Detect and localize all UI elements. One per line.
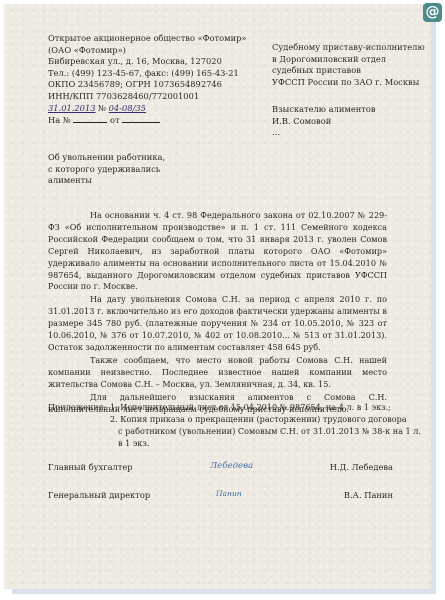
attachment-item-continued: в 1 экз.	[110, 438, 370, 450]
sender-line: (ОАО «Фотомир»)	[48, 45, 247, 57]
signature-row-accountant: Главный бухгалтер Лебедева Н.Д. Лебедева	[48, 462, 393, 476]
signer-name: В.А. Панин	[344, 490, 393, 500]
claimant-line: Взыскателю алиментов	[272, 104, 376, 116]
claimant-block: Взыскателю алиментов И.В. Сомовой …	[272, 104, 376, 139]
sender-line: Бибиревская ул., д. 16, Москва, 127020	[48, 56, 247, 68]
signer-role: Главный бухгалтер	[48, 462, 133, 472]
reference-date-blank	[122, 114, 160, 123]
number-label: №	[98, 103, 106, 113]
recipient-block: Судебному приставу-исполнителю в Дорогом…	[272, 42, 425, 88]
subject-line: с которого удерживались	[48, 164, 165, 176]
sender-block: Открытое акционерное общество «Фотомир» …	[48, 33, 247, 127]
attachments-label: Приложения:	[48, 402, 107, 414]
document-page: Открытое акционерное общество «Фотомир» …	[4, 4, 431, 589]
signer-name: Н.Д. Лебедева	[330, 462, 393, 472]
recipient-line: в Дорогомиловский отдел	[272, 54, 425, 66]
document-number: 04-08/35	[109, 103, 146, 113]
handwritten-signature: Лебедева	[210, 461, 253, 471]
sender-line: ИНН/КПП 7703628460/772001001	[48, 91, 247, 103]
reference-line: На № от	[48, 114, 247, 127]
attachments-list: 1. Исполнительный лист от 15.04.2010 № 9…	[110, 402, 370, 450]
recipient-line: судебных приставов	[272, 65, 425, 77]
sender-line: Тел.: (499) 123-45-67, факс: (499) 165-4…	[48, 68, 247, 80]
document-date: 31.01.2013	[48, 103, 96, 113]
attachment-item: 2. Копия приказа о прекращении (расторже…	[110, 414, 370, 426]
outgoing-number-line: 31.01.2013 № 04-08/35	[48, 103, 247, 115]
sender-line: Открытое акционерное общество «Фотомир»	[48, 33, 247, 45]
reference-from-label: от	[110, 115, 120, 125]
recipient-line: Судебному приставу-исполнителю	[272, 42, 425, 54]
reference-number-blank	[73, 114, 107, 123]
claimant-line: И.В. Сомовой	[272, 116, 376, 128]
at-sign-icon: @	[423, 3, 442, 22]
attachment-item-continued: с работником (увольнении) Сомовым С.Н. о…	[110, 426, 370, 438]
body-paragraph: На основании ч. 4 ст. 98 Федерального за…	[48, 210, 387, 293]
reference-label: На №	[48, 115, 71, 125]
letter-body: На основании ч. 4 ст. 98 Федерального за…	[48, 210, 387, 416]
subject-block: Об увольнении работника, с которого удер…	[48, 152, 165, 187]
signature-row-director: Генеральный директор Панин В.А. Панин	[48, 490, 393, 504]
sender-line: ОКПО 23456789; ОГРН 1073654892746	[48, 79, 247, 91]
attachment-item: 1. Исполнительный лист от 15.04.2010 № 9…	[110, 402, 370, 414]
subject-line: Об увольнении работника,	[48, 152, 165, 164]
claimant-line: …	[272, 127, 376, 139]
recipient-line: УФССП России по ЗАО г. Москвы	[272, 77, 425, 89]
subject-line: алименты	[48, 175, 165, 187]
body-paragraph: Также сообщаем, что место новой работы С…	[48, 355, 387, 391]
signer-role: Генеральный директор	[48, 490, 150, 500]
body-paragraph: На дату увольнения Сомова С.Н. за период…	[48, 294, 387, 354]
handwritten-signature: Панин	[216, 489, 242, 498]
